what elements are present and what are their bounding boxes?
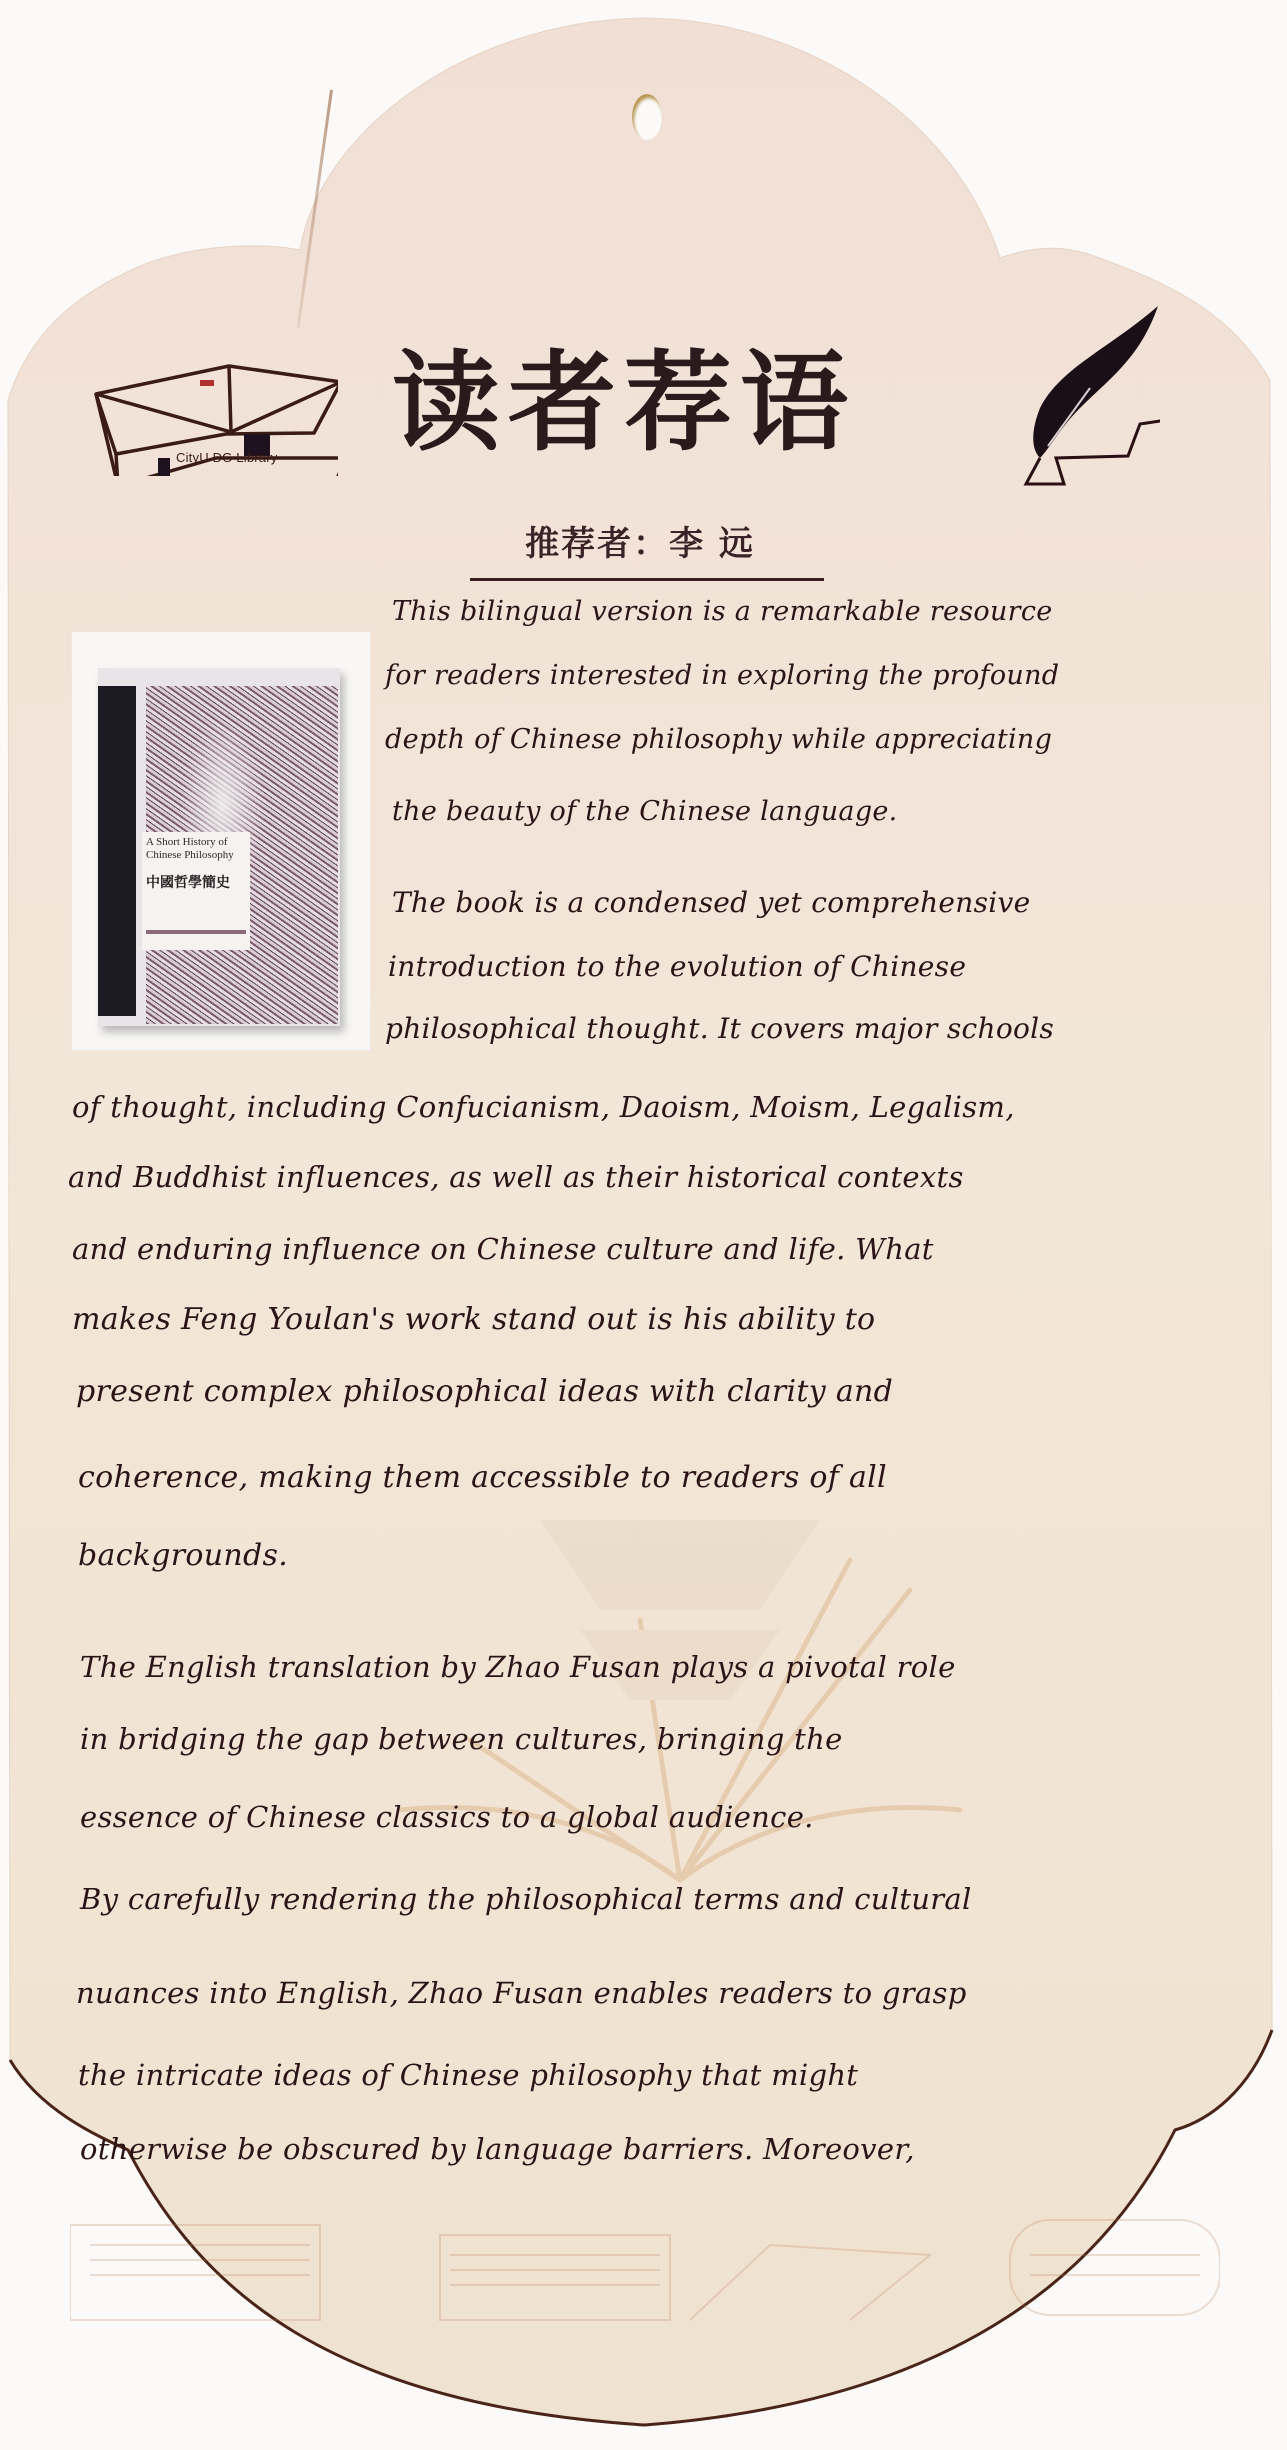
review-line: and enduring influence on Chinese cultur…	[72, 1232, 934, 1266]
review-line: in bridging the gap between cultures, br…	[80, 1722, 843, 1756]
review-line: By carefully rendering the philosophical…	[80, 1882, 972, 1916]
review-line: The book is a condensed yet comprehensiv…	[392, 886, 1031, 919]
recommender-label: 推荐者：李 远	[470, 516, 810, 565]
review-line: present complex philosophical ideas with…	[76, 1374, 893, 1409]
review-line: backgrounds.	[78, 1538, 288, 1573]
book-title-zh: 中國哲學簡史	[146, 872, 250, 892]
review-line: otherwise be obscured by language barrie…	[80, 2132, 915, 2166]
review-line: and Buddhist influences, as well as thei…	[68, 1160, 964, 1194]
review-line: for readers interested in exploring the …	[385, 660, 1059, 691]
quill-pen-icon	[990, 298, 1160, 488]
book-publisher-mark	[146, 930, 246, 934]
book-title-en: A Short History of Chinese Philosophy	[146, 836, 250, 862]
review-line: philosophical thought. It covers major s…	[385, 1012, 1054, 1045]
logo-caption: CityU DG Library	[176, 450, 277, 465]
review-line: of thought, including Confucianism, Daoi…	[72, 1090, 1015, 1124]
page-title: 读者荐语	[392, 350, 912, 458]
review-line: essence of Chinese classics to a global …	[80, 1800, 814, 1834]
campus-buildings-watermark	[70, 2215, 1220, 2325]
review-line: This bilingual version is a remarkable r…	[392, 596, 1053, 627]
review-line: the beauty of the Chinese language.	[392, 796, 898, 827]
review-line: makes Feng Youlan's work stand out is hi…	[72, 1302, 875, 1337]
open-book-watermark	[380, 1500, 980, 1920]
review-line: introduction to the evolution of Chinese	[388, 950, 966, 983]
review-line: the intricate ideas of Chinese philosoph…	[78, 2058, 858, 2092]
recommender-underline	[470, 578, 824, 581]
review-line: nuances into English, Zhao Fusan enables…	[76, 1976, 967, 2010]
review-line: The English translation by Zhao Fusan pl…	[80, 1650, 956, 1684]
review-line: depth of Chinese philosophy while apprec…	[385, 724, 1052, 755]
hanging-hole	[632, 94, 662, 140]
review-line: coherence, making them accessible to rea…	[78, 1460, 887, 1495]
book-spine	[98, 686, 136, 1016]
